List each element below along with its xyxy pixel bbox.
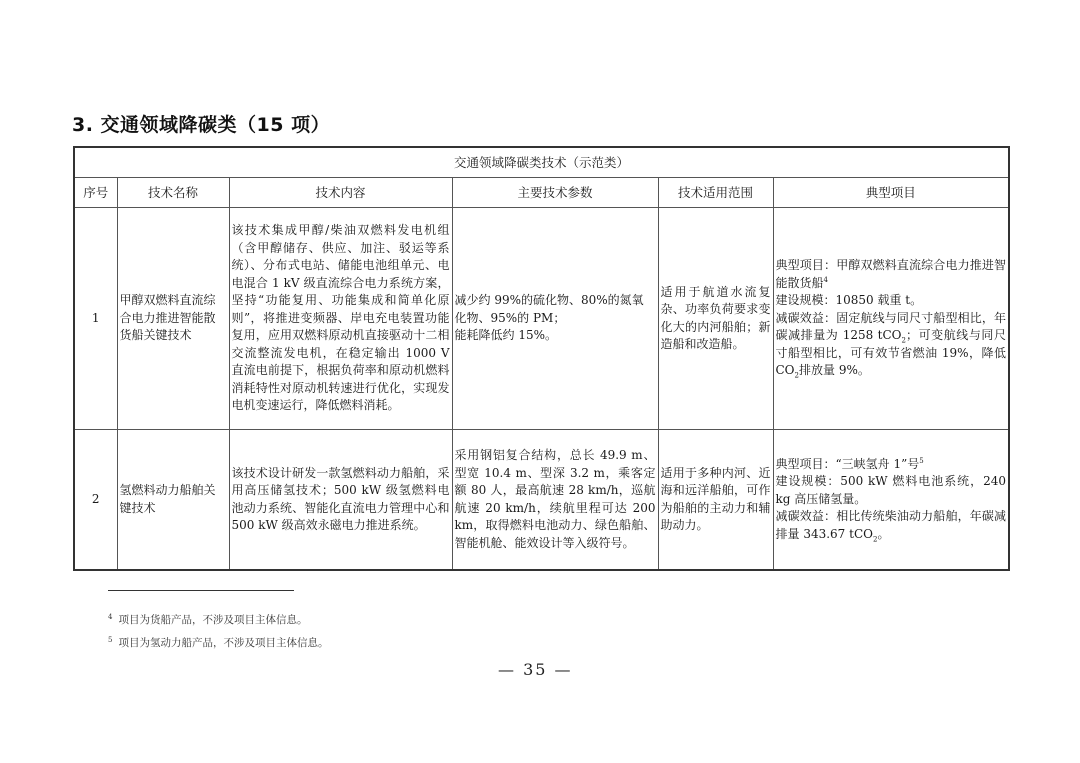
page-number: — 35 — — [498, 660, 573, 679]
section-title: 3. 交通领域降碳类（15 项） — [72, 110, 330, 137]
header-scope: 技术适用范围 — [658, 178, 773, 208]
header-content: 技术内容 — [229, 178, 452, 208]
footnote-mark: 4 — [108, 613, 112, 621]
row-tech-scope: 适用于航道水流复杂、功率负荷要求变化大的内河船舶；新造船和改造船。 — [658, 208, 773, 430]
row-tech-name: 氢燃料动力船舶关键技术 — [117, 430, 229, 571]
header-project: 典型项目 — [773, 178, 1009, 208]
row-tech-name: 甲醇双燃料直流综合电力推进智能散货船关键技术 — [117, 208, 229, 430]
row-index: 1 — [74, 208, 117, 430]
param-line: 减少约 99%的硫化物、80%的氮氧化物、95%的 PM； — [455, 292, 656, 327]
footnote-5: 5项目为氢动力船产品，不涉及项目主体信息。 — [108, 635, 328, 650]
footnote-4: 4项目为货船产品，不涉及项目主体信息。 — [108, 612, 307, 627]
project-scale: 建设规模：10850 载重 t。 — [776, 292, 1007, 310]
table-row: 1 甲醇双燃料直流综合电力推进智能散货船关键技术 该技术集成甲醇/柴油双燃料发电… — [74, 208, 1009, 430]
param-line: 能耗降低约 15%。 — [455, 327, 656, 345]
footnote-ref[interactable]: 4 — [824, 276, 828, 284]
footnote-mark: 5 — [108, 636, 112, 644]
project-name: 典型项目：“三峡氢舟 1”号5 — [776, 456, 1007, 474]
project-benefit: 减碳效益：相比传统柴油动力船舶，年碳减排量 343.67 tCO2。 — [776, 508, 1007, 543]
table-row: 2 氢燃料动力船舶关键技术 该技术设计研发一款氢燃料动力船舶，采用高压储氢技术；… — [74, 430, 1009, 571]
header-index: 序号 — [74, 178, 117, 208]
row-tech-content: 该技术设计研发一款氢燃料动力船舶，采用高压储氢技术；500 kW 级氢燃料电池动… — [229, 430, 452, 571]
footnote-text: 项目为氢动力船产品，不涉及项目主体信息。 — [118, 637, 328, 649]
row-tech-scope: 适用于多种内河、近海和远洋船舶，可作为船舶的主动力和辅助动力。 — [658, 430, 773, 571]
project-name: 典型项目：甲醇双燃料直流综合电力推进智能散货船4 — [776, 257, 1007, 292]
row-index: 2 — [74, 430, 117, 571]
header-name: 技术名称 — [117, 178, 229, 208]
row-tech-params: 采用钢铝复合结构，总长 49.9 m、型宽 10.4 m、型深 3.2 m，乘客… — [452, 430, 658, 571]
table-header-row: 序号 技术名称 技术内容 主要技术参数 技术适用范围 典型项目 — [74, 178, 1009, 208]
row-typical-project: 典型项目：“三峡氢舟 1”号5 建设规模：500 kW 燃料电池系统，240 k… — [773, 430, 1009, 571]
table-caption: 交通领域降碳类技术（示范类） — [74, 147, 1009, 178]
footnote-divider — [108, 590, 294, 591]
footnote-ref[interactable]: 5 — [919, 457, 923, 465]
tech-table: 交通领域降碳类技术（示范类） 序号 技术名称 技术内容 主要技术参数 技术适用范… — [73, 146, 1010, 571]
project-scale: 建设规模：500 kW 燃料电池系统，240 kg 高压储氢量。 — [776, 473, 1007, 508]
row-tech-params: 减少约 99%的硫化物、80%的氮氧化物、95%的 PM； 能耗降低约 15%。 — [452, 208, 658, 430]
row-typical-project: 典型项目：甲醇双燃料直流综合电力推进智能散货船4 建设规模：10850 载重 t… — [773, 208, 1009, 430]
footnote-text: 项目为货船产品，不涉及项目主体信息。 — [118, 614, 307, 626]
project-benefit: 减碳效益：固定航线与同尺寸船型相比，年碳减排量为 1258 tCO2；可变航线与… — [776, 310, 1007, 380]
row-tech-content: 该技术集成甲醇/柴油双燃料发电机组（含甲醇储存、供应、加注、驳运等系统）、分布式… — [229, 208, 452, 430]
header-params: 主要技术参数 — [452, 178, 658, 208]
